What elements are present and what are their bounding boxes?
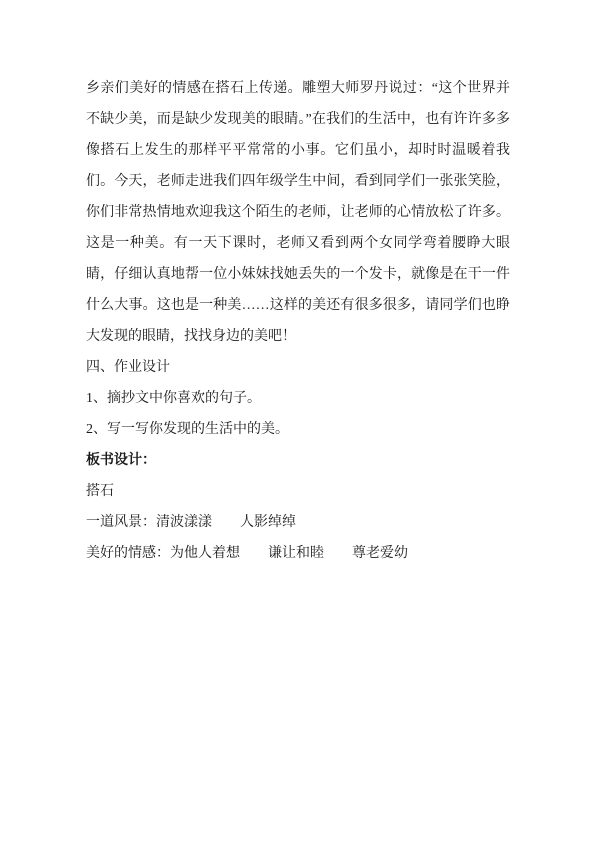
- homework-item-1: 1、摘抄文中你喜欢的句子。: [86, 383, 510, 414]
- board-lesson-title: 搭石: [86, 476, 510, 507]
- document-page: 乡亲们美好的情感在搭石上传递。雕塑大师罗丹说过：“这个世界并不缺少美，而是缺少发…: [0, 0, 595, 842]
- lesson-body-paragraph: 乡亲们美好的情感在搭石上传递。雕塑大师罗丹说过：“这个世界并不缺少美，而是缺少发…: [86, 73, 510, 352]
- homework-item-2: 2、写一写你发现的生活中的美。: [86, 414, 510, 445]
- text-block: 乡亲们美好的情感在搭石上传递。雕塑大师罗丹说过：“这个世界并不缺少美，而是缺少发…: [86, 73, 510, 569]
- board-design-heading: 板书设计：: [86, 445, 510, 476]
- board-line-scenery: 一道风景：清波漾漾 人影绰绰: [86, 507, 510, 538]
- board-line-emotion: 美好的情感：为他人着想 谦让和睦 尊老爱幼: [86, 538, 510, 569]
- homework-section-heading: 四、作业设计: [86, 352, 510, 383]
